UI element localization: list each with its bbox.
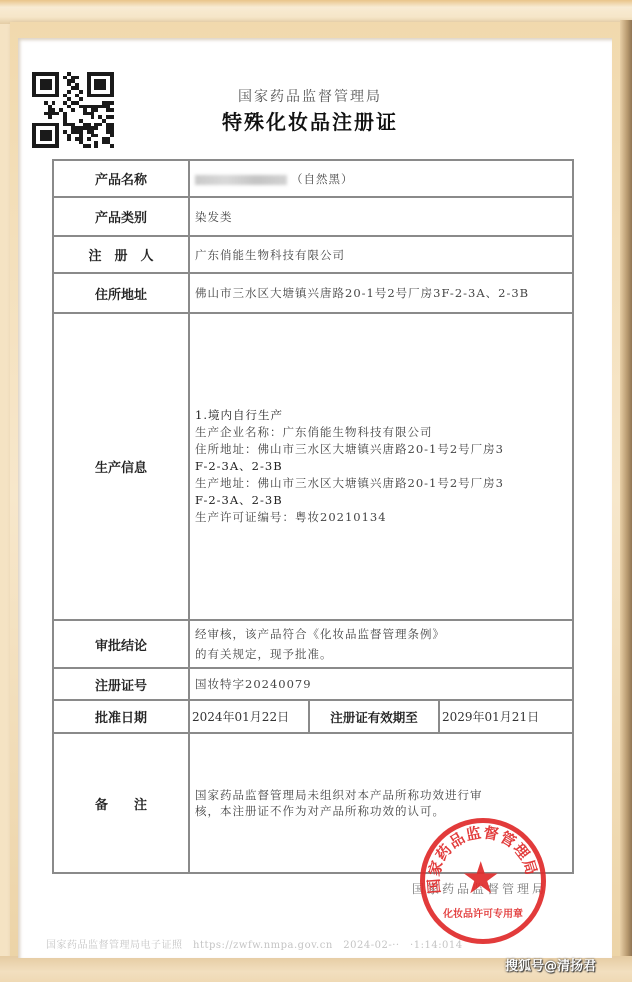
row-registration-number: 注册证号 国妆特字20240079 <box>53 668 573 700</box>
seal-star-icon: ★ <box>461 857 500 901</box>
certificate-table: 产品名称 （自然黑） 产品类别 染发类 注 册 人 广东俏能生物科技有限公司 住… <box>52 159 574 874</box>
value-product-name: （自然黑） <box>189 160 573 197</box>
label-address: 住所地址 <box>53 273 189 313</box>
value-production-info: 1.境内自行生产 生产企业名称：广东俏能生物科技有限公司 住所地址：佛山市三水区… <box>189 313 573 620</box>
certificate-header: 国家药品监督管理局 特殊化妆品注册证 <box>150 88 470 136</box>
label-approval-conclusion: 审批结论 <box>53 620 189 668</box>
production-line-2: 生产企业名称：广东俏能生物科技有限公司 <box>195 424 572 441</box>
watermark: 搜狐号@清扬君 <box>505 955 596 974</box>
value-registration-number: 国妆特字20240079 <box>189 668 573 700</box>
conclusion-line-2: 的有关规定，现予批准。 <box>195 644 572 664</box>
seal-bottom-text: 化妆品许可专用章 <box>439 905 527 920</box>
production-line-6: F-2-3A、2-3B <box>195 492 572 509</box>
production-line-1: 1.境内自行生产 <box>195 407 572 424</box>
value-validity: 2029年01月21日 <box>439 700 573 733</box>
row-address: 住所地址 佛山市三水区大塘镇兴唐路20-1号2号厂房3F-2-3A、2-3B <box>53 273 573 313</box>
frame-top <box>0 0 632 24</box>
value-registrant: 广东俏能生物科技有限公司 <box>189 236 573 273</box>
row-approval-date: 批准日期 2024年01月22日 注册证有效期至 2029年01月21日 <box>53 700 573 733</box>
row-registrant: 注 册 人 广东俏能生物科技有限公司 <box>53 236 573 273</box>
agency-name: 国家药品监督管理局 <box>150 88 470 106</box>
footer-e-license: 国家药品监督管理局电子证照 https://zwfw.nmpa.gov.cn 2… <box>46 936 463 951</box>
label-product-category: 产品类别 <box>53 197 189 236</box>
value-approval-date: 2024年01月22日 <box>189 700 309 733</box>
frame-right-edge <box>620 20 632 982</box>
row-approval-conclusion: 审批结论 经审核，该产品符合《化妆品监督管理条例》 的有关规定，现予批准。 <box>53 620 573 668</box>
label-remarks: 备 注 <box>53 733 189 873</box>
row-production-info: 生产信息 1.境内自行生产 生产企业名称：广东俏能生物科技有限公司 住所地址：佛… <box>53 313 573 620</box>
label-production-info: 生产信息 <box>53 313 189 620</box>
conclusion-line-1: 经审核，该产品符合《化妆品监督管理条例》 <box>195 624 572 644</box>
remarks-line-1: 国家药品监督管理局未组织对本产品所称功效进行审 <box>195 787 572 803</box>
product-name-suffix: （自然黑） <box>291 172 354 186</box>
label-product-name: 产品名称 <box>53 160 189 197</box>
remarks-line-2: 核，本注册证不作为对产品所称功效的认可。 <box>195 803 572 819</box>
row-product-category: 产品类别 染发类 <box>53 197 573 236</box>
value-product-category: 染发类 <box>189 197 573 236</box>
label-registration-number: 注册证号 <box>53 668 189 700</box>
row-product-name: 产品名称 （自然黑） <box>53 160 573 197</box>
production-line-5: 生产地址：佛山市三水区大塘镇兴唐路20-1号2号厂房3 <box>195 475 572 492</box>
value-address: 佛山市三水区大塘镇兴唐路20-1号2号厂房3F-2-3A、2-3B <box>189 273 573 313</box>
production-line-7: 生产许可证编号：粤妆20210134 <box>195 509 572 526</box>
document-title: 特殊化妆品注册证 <box>150 108 470 136</box>
qr-code-icon <box>32 72 114 148</box>
production-line-3: 住所地址：佛山市三水区大塘镇兴唐路20-1号2号厂房3 <box>195 441 572 458</box>
redacted-product-name <box>195 175 287 185</box>
production-line-4: F-2-3A、2-3B <box>195 458 572 475</box>
label-validity: 注册证有效期至 <box>309 700 439 733</box>
label-approval-date: 批准日期 <box>53 700 189 733</box>
value-approval-conclusion: 经审核，该产品符合《化妆品监督管理条例》 的有关规定，现予批准。 <box>189 620 573 668</box>
label-registrant: 注 册 人 <box>53 236 189 273</box>
official-seal-icon: 国家药品监督管理局 ★ 化妆品许可专用章 <box>420 818 546 944</box>
